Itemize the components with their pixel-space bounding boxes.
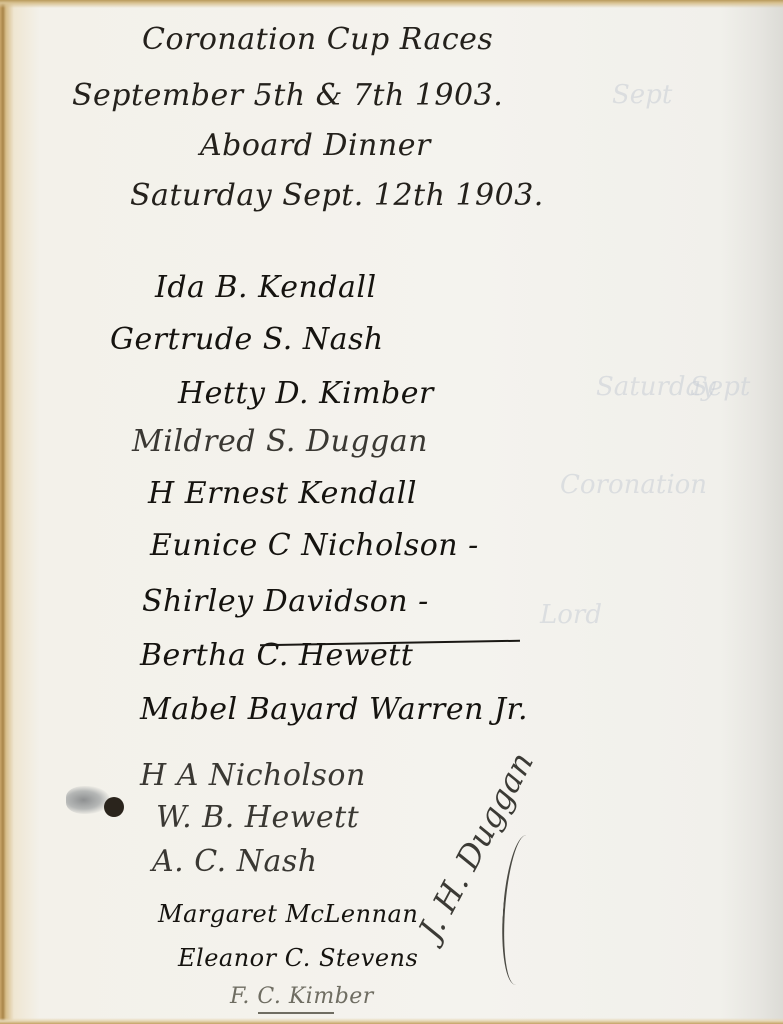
signature-flourish <box>258 1012 334 1014</box>
signature: Eunice C Nicholson - <box>150 528 479 563</box>
signature: Hetty D. Kimber <box>178 376 434 411</box>
signature: Mabel Bayard Warren Jr. <box>140 692 528 727</box>
header-dinner-date: Saturday Sept. 12th 1903. <box>130 178 544 213</box>
signature: F. C. Kimber <box>230 984 374 1009</box>
signature: Gertrude S. Nash <box>110 322 384 357</box>
bleed-through-text: Coronation <box>560 470 707 500</box>
signature: W. B. Hewett <box>156 800 359 835</box>
signature: Ida B. Kendall <box>155 270 377 305</box>
header-race-dates: September 5th & 7th 1903. <box>72 78 503 113</box>
signature: A. C. Nash <box>152 844 318 879</box>
header-event: Aboard Dinner <box>200 128 431 163</box>
signature-flourish <box>498 835 544 985</box>
signature: Mildred S. Duggan <box>132 424 428 459</box>
header-title: Coronation Cup Races <box>142 22 493 57</box>
ink-smudge <box>66 786 110 814</box>
signature: Margaret McLennan <box>158 900 418 928</box>
signature: Shirley Davidson - <box>142 584 429 619</box>
bleed-through-text: Sept <box>612 80 672 110</box>
document-page: Sept Saturday Sept Coronation Lord Coron… <box>0 0 783 1024</box>
signature: H Ernest Kendall <box>148 476 417 511</box>
signature: H A Nicholson <box>140 758 366 793</box>
bleed-through-text: Lord <box>540 600 602 630</box>
signature: Eleanor C. Stevens <box>178 944 418 972</box>
ink-blot <box>104 797 124 817</box>
bleed-through-text: Sept <box>690 372 750 402</box>
